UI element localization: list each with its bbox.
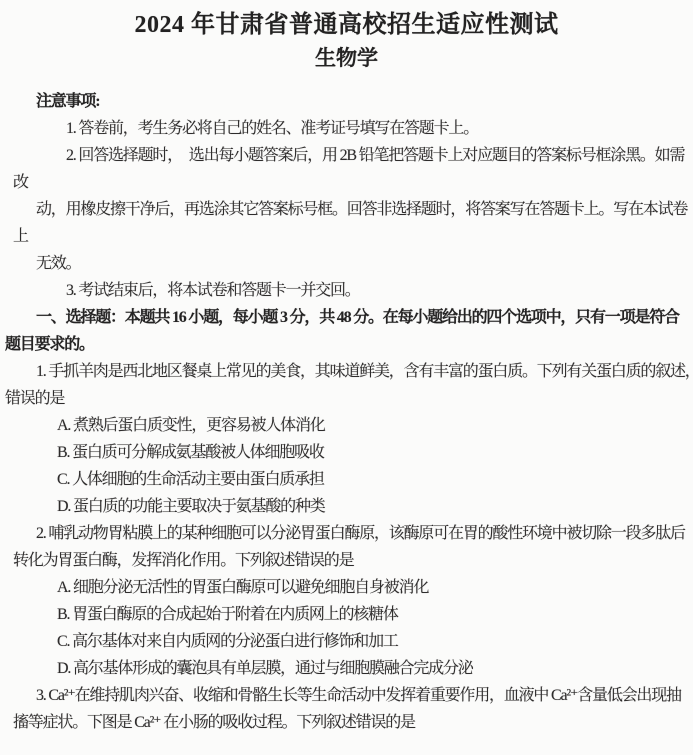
text-line: A. 煮熟后蛋白质变性，更容易被人体消化 <box>0 412 693 439</box>
text-line: D. 蛋白质的功能主要取决于氨基酸的种类 <box>0 493 693 520</box>
text-line: 改 <box>0 169 693 196</box>
text-line: 1. 手抓羊肉是西北地区餐桌上常见的美食，其味道鲜美，含有丰富的蛋白质。下列有关… <box>0 358 693 385</box>
text-line: 错误的是 <box>0 385 693 412</box>
text-line: A. 细胞分泌无活性的胃蛋白酶原可以避免细胞自身被消化 <box>0 574 693 601</box>
text-line: 3. Ca²⁺在维持肌肉兴奋、收缩和骨骼生长等生命活动中发挥着重要作用，血液中 … <box>0 682 693 709</box>
text-line: 2. 回答选择题时， 选出每小题答案后，用 2B 铅笔把答题卡上对应题目的答案标… <box>0 142 693 169</box>
text-line: 题目要求的。 <box>0 331 693 358</box>
page-title: 2024 年甘肃省普通高校招生适应性测试 <box>0 8 693 42</box>
text-line: B. 蛋白质可分解成氨基酸被人体细胞吸收 <box>0 439 693 466</box>
text-line: C. 高尔基体对来自内质网的分泌蛋白进行修饰和加工 <box>0 628 693 655</box>
text-line: 一、选择题：本题共 16 小题，每小题 3 分，共 48 分。在每小题给出的四个… <box>0 304 693 331</box>
text-line: C. 人体细胞的生命活动主要由蛋白质承担 <box>0 466 693 493</box>
text-line: 2. 哺乳动物胃粘膜上的某种细胞可以分泌胃蛋白酶原，该酶原可在胃的酸性环境中被切… <box>0 520 693 547</box>
text-line: B. 胃蛋白酶原的合成起始于附着在内质网上的核糖体 <box>0 601 693 628</box>
text-line: 搐等症状。下图是 Ca²⁺ 在小肠的吸收过程。下列叙述错误的是 <box>0 709 693 736</box>
document-body: 注意事项:1. 答卷前，考生务必将自己的姓名、准考证号填写在答题卡上。2. 回答… <box>0 88 693 736</box>
text-line: 3. 考试结束后，将本试卷和答题卡一并交回。 <box>0 277 693 304</box>
text-line: 注意事项: <box>0 88 693 115</box>
subject-title: 生物学 <box>0 42 693 74</box>
text-line: 转化为胃蛋白酶，发挥消化作用。下列叙述错误的是 <box>0 547 693 574</box>
text-line: 1. 答卷前，考生务必将自己的姓名、准考证号填写在答题卡上。 <box>0 115 693 142</box>
exam-paper-page: 2024 年甘肃省普通高校招生适应性测试 生物学 注意事项:1. 答卷前，考生务… <box>0 0 693 755</box>
text-line: 上 <box>0 223 693 250</box>
text-line: 动，用橡皮擦干净后，再选涂其它答案标号框。回答非选择题时，将答案写在答题卡上。写… <box>0 196 693 223</box>
text-line: 无效。 <box>0 250 693 277</box>
text-line: D. 高尔基体形成的囊泡具有单层膜，通过与细胞膜融合完成分泌 <box>0 655 693 682</box>
